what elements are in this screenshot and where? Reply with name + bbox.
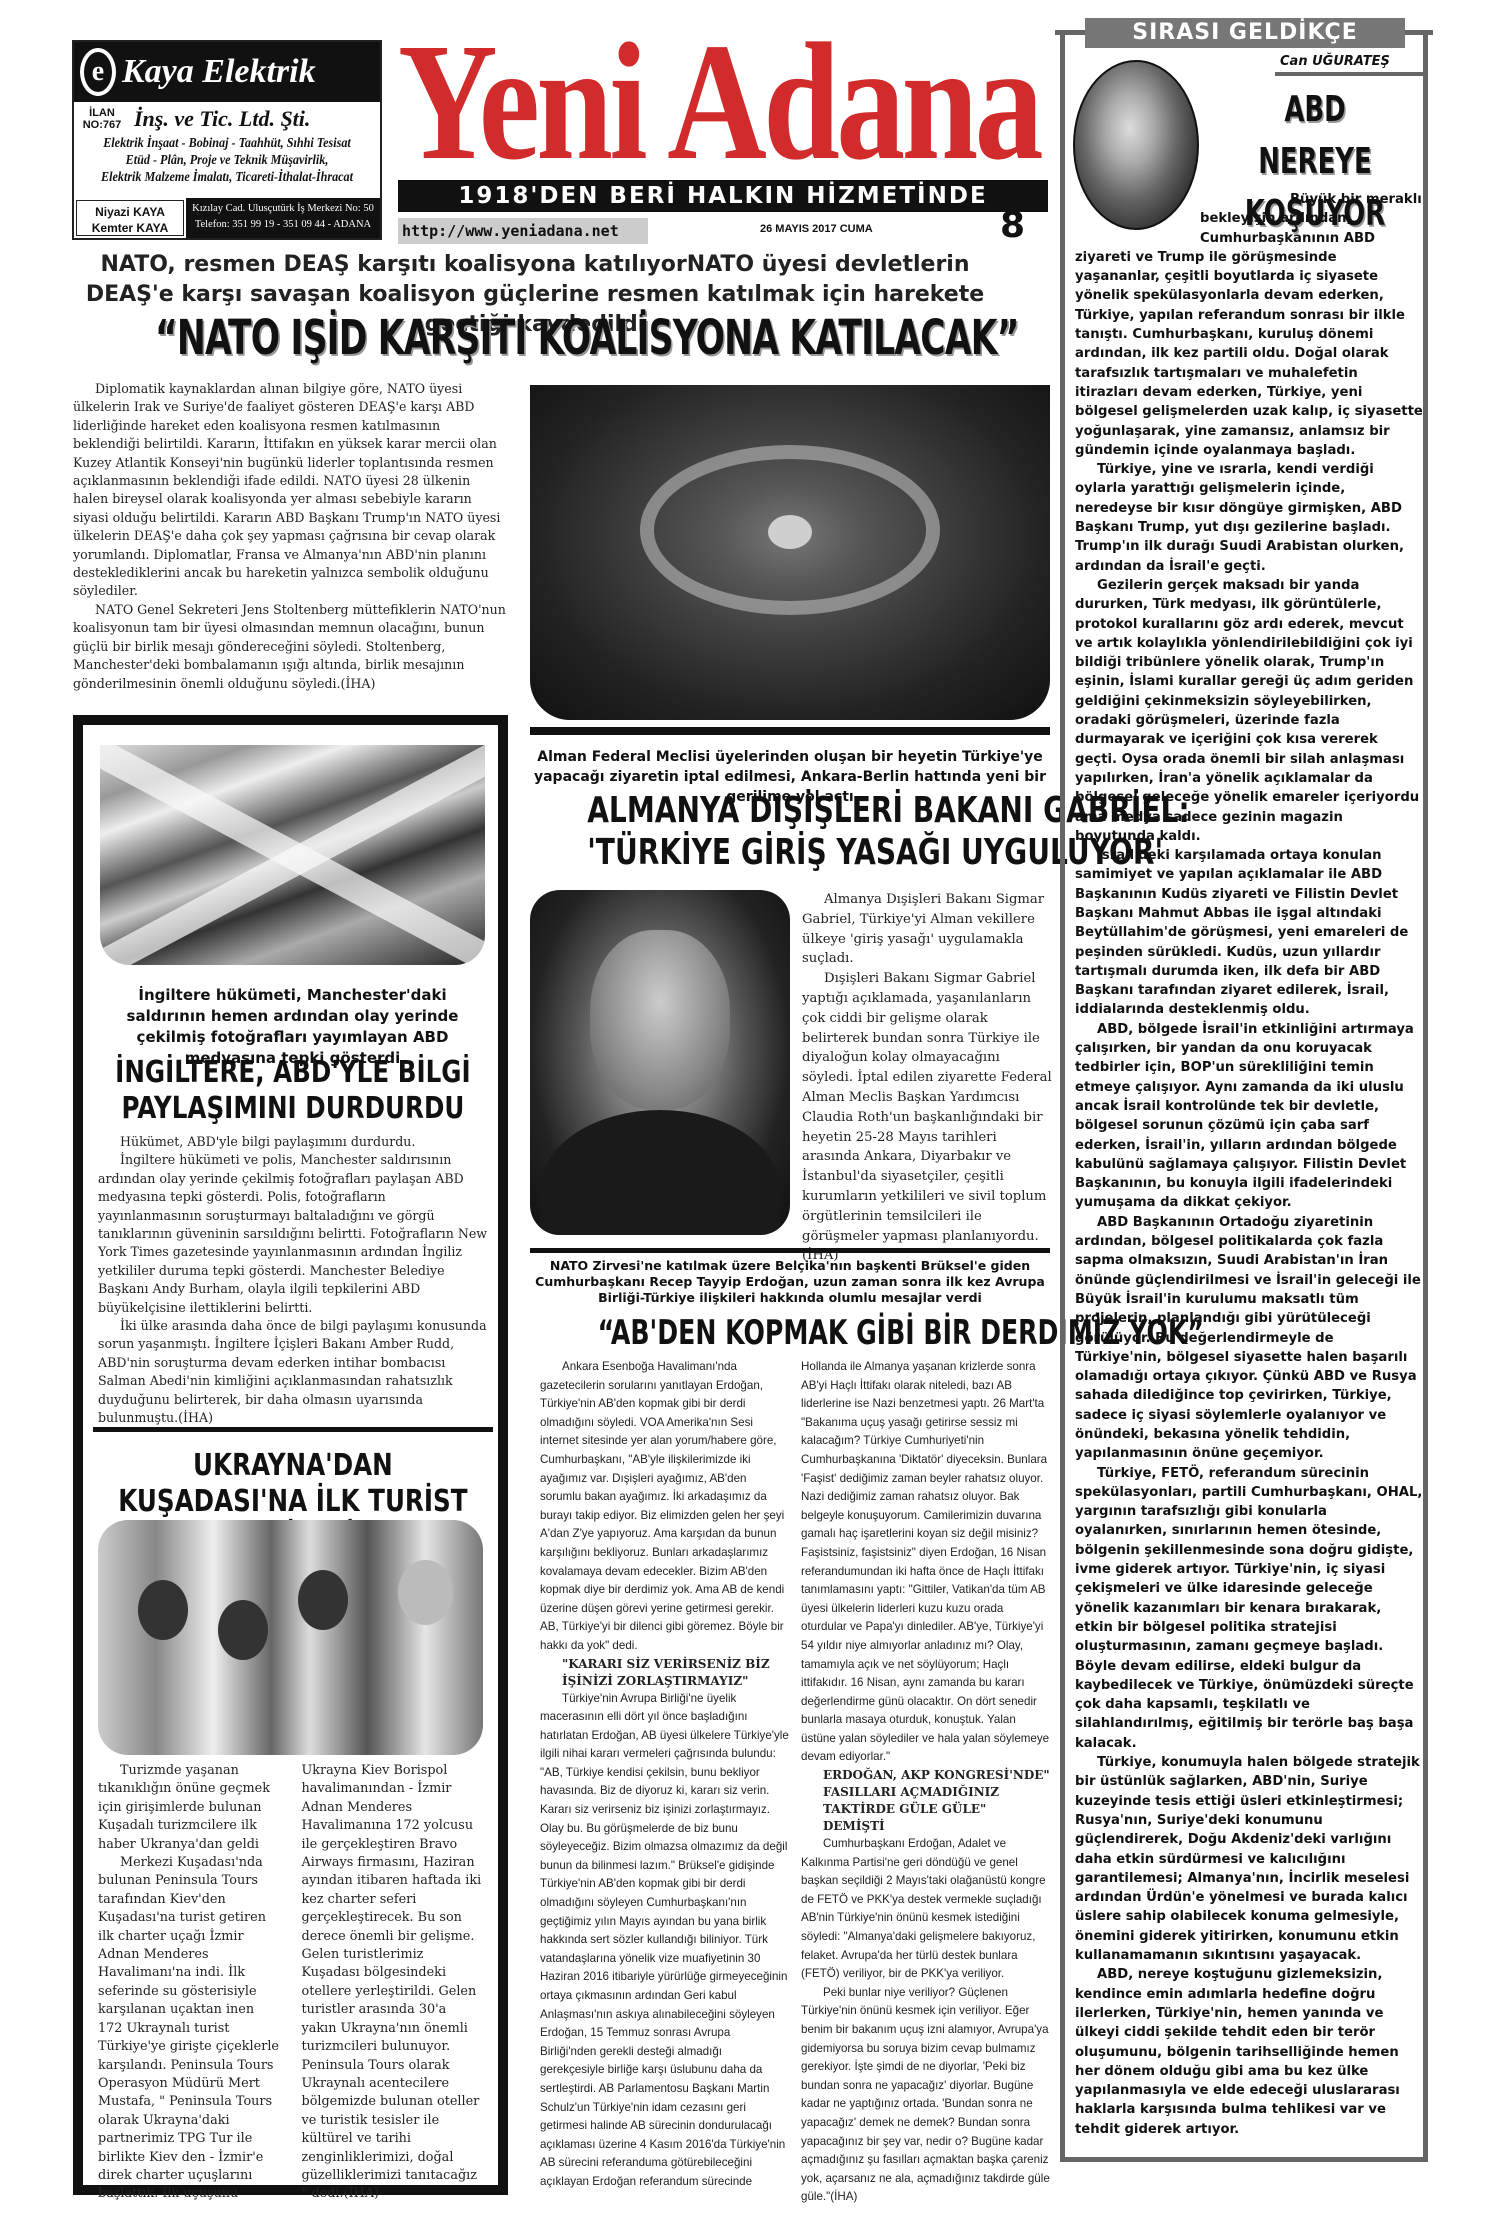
editorial-paragraph: ABD, bölgede İsrail'in etkinliğini artır… — [1075, 1020, 1423, 1213]
person-silhouette — [398, 1560, 453, 1625]
uk-headline: İNGİLTERE, ABD'YLE BİLGİ PAYLAŞIMINI DUR… — [135, 1055, 451, 1127]
germany-headline: ALMANYA DIŞİŞLERİ BAKANI GABRİEL: 'TÜRKİ… — [587, 790, 993, 874]
ad-address-block: Kızılay Cad. Ulusçutürk İş Merkezi No: 5… — [186, 198, 380, 238]
article-paragraph: Turizmde yaşanan tıkanıklığın önüne geçm… — [98, 1762, 280, 1854]
uk-headline-text: İNGİLTERE, ABD'YLE BİLGİ PAYLAŞIMINI DUR… — [100, 1055, 485, 1127]
article-crosshead: ERDOĞAN, AKP KONGRESİ'NDE" FASILLARI AÇM… — [801, 1767, 1050, 1835]
tourists-arrival-photo — [98, 1520, 483, 1755]
editorial-paragraph: ABD, nereye koştuğunu gizlemeksizin, ken… — [1075, 1965, 1423, 2139]
ad-services: Elektrik İnşaat - Bobinaj - Taahhüt, Sıh… — [89, 132, 364, 187]
ad-service-line: Elektrik İnşaat - Bobinaj - Taahhüt, Sıh… — [93, 134, 361, 151]
article-paragraph: Dışişleri Bakanı Sigmar Gabriel yaptığı … — [802, 969, 1052, 1266]
kaya-e-logo-icon: e — [80, 48, 116, 96]
ad-service-line: Etüd - Plân, Proje ve Teknik Müşavirlik, — [93, 151, 361, 168]
section-divider — [530, 727, 1050, 735]
newspaper-logo: Yeni Adana — [398, 18, 978, 186]
website-link[interactable]: http://www.yeniadana.net — [398, 218, 648, 244]
editorial-paragraph: Türkiye, FETÖ, referandum sürecinin spek… — [1075, 1464, 1423, 1753]
article-paragraph: Almanya Dışişleri Bakanı Sigmar Gabriel,… — [802, 890, 1052, 969]
ad-phone: Telefon: 351 99 19 - 351 09 44 - ADANA — [186, 217, 380, 233]
nato-headline: “NATO IŞİD KARŞITI KOALİSYONA KATILACAK” — [155, 308, 915, 368]
column-name-banner: SIRASI GELDİKÇE — [1085, 18, 1405, 48]
kaya-elektrik-ad: e Kaya Elektrik İLAN NO:767 İnş. ve Tic.… — [72, 40, 382, 240]
germany-headline-line: ALMANYA DIŞİŞLERİ BAKANI GABRİEL: — [587, 790, 993, 832]
article-crosshead: "KARARI SİZ VERİRSENİZ BİZ İŞİNİZİ ZORLA… — [540, 1656, 789, 1690]
ad-ilan-label: İLAN — [82, 107, 122, 119]
article-paragraph: NATO Genel Sekreteri Jens Stoltenberg mü… — [73, 601, 508, 693]
ad-service-line: Elektrik Malzeme İmalatı, Ticareti-İthal… — [93, 168, 361, 185]
editorial-paragraph: Türkiye, yine ve ısrarla, kendi verdiği … — [1075, 460, 1423, 576]
ad-ilan-number: NO:767 — [82, 119, 122, 131]
photo-wrap-spacer — [1075, 190, 1200, 230]
author-underline — [1275, 72, 1427, 76]
erdogan-article-body: Ankara Esenboğa Havalimanı'nda gazetecil… — [540, 1358, 1050, 2207]
erdogan-headline: “AB'DEN KOPMAK GİBİ BİR DERDİMİZ YOK” — [598, 1312, 983, 1354]
ad-ilan-badge: İLAN NO:767 — [82, 107, 122, 131]
editorial-paragraph: ABD Başkanının Ortadoğu ziyaretinin ardı… — [1075, 1213, 1423, 1464]
sigmar-gabriel-photo — [530, 890, 790, 1235]
article-paragraph: Ankara Esenboğa Havalimanı'nda gazetecil… — [540, 1358, 789, 1656]
person-silhouette — [138, 1580, 188, 1640]
germany-article-body: Almanya Dışişleri Bakanı Sigmar Gabriel,… — [802, 890, 1052, 1266]
masthead-tagline: 1918'DEN BERİ HALKIN HİZMETİNDE — [398, 180, 1048, 212]
editorial-paragraph: İsrail'deki karşılamada ortaya konulan s… — [1075, 846, 1423, 1020]
article-paragraph: Diplomatik kaynaklardan alınan bilgiye g… — [73, 380, 508, 601]
editorial-paragraph: Türkiye, konumuyla halen bölgede stratej… — [1075, 1753, 1423, 1965]
person-silhouette — [298, 1570, 348, 1630]
portrait-face — [590, 930, 730, 1110]
ad-company-name: Kaya Elektrik — [122, 53, 316, 91]
ad-address: Kızılay Cad. Ulusçutürk İş Merkezi No: 5… — [186, 201, 380, 217]
uk-article-body: Hükümet, ABD'yle bilgi paylaşımını durdu… — [98, 1133, 488, 1428]
ukraine-article-body: Turizmde yaşanan tıkanıklığın önüne geçm… — [98, 1762, 483, 2204]
columnist-name: Can UĞURATEŞ — [1280, 54, 1390, 69]
ad-contacts: Niyazi KAYA Kemter KAYA — [76, 200, 184, 236]
article-paragraph: Hükümet, ABD'yle bilgi paylaşımını durdu… — [98, 1133, 488, 1151]
issue-date: 26 MAYIS 2017 CUMA — [760, 223, 873, 235]
article-paragraph: Cumhurbaşkanı Erdoğan, Adalet ve Kalkınm… — [801, 1835, 1050, 1984]
portrait-suit — [540, 1110, 780, 1235]
germany-headline-line: 'TÜRKİYE GİRİŞ YASAĞI UYGULUYOR' — [587, 832, 993, 874]
article-paragraph: İngiltere hükümeti ve polis, Manchester … — [98, 1151, 488, 1317]
editorial-body: Büyük bir meraklı bekleyişin ardından, C… — [1075, 190, 1423, 2139]
ad-header: e Kaya Elektrik — [74, 42, 380, 102]
section-divider — [530, 1248, 1050, 1253]
ad-contact-name: Niyazi KAYA — [77, 204, 183, 220]
nato-emblem-icon — [768, 515, 812, 549]
page-number: 8 — [1000, 208, 1025, 244]
editorial-paragraph: Gezilerin gerçek maksadı bir yanda durur… — [1075, 576, 1423, 846]
editorial-paragraph: Büyük bir meraklı bekleyişin ardından, C… — [1075, 190, 1423, 460]
erdogan-subheadline: NATO Zirvesi'ne katılmak üzere Belçika'n… — [530, 1258, 1050, 1306]
nato-summit-photo — [530, 385, 1050, 720]
union-jack-flag-photo — [100, 745, 485, 965]
ad-contact-name: Kemter KAYA — [77, 220, 183, 236]
ad-legal-name: İnş. ve Tic. Ltd. Şti. — [134, 106, 310, 132]
person-silhouette — [218, 1600, 268, 1660]
nato-article-body: Diplomatik kaynaklardan alınan bilgiye g… — [73, 380, 508, 693]
article-paragraph: Peki bunlar niye veriliyor? Güçlenen Tür… — [801, 1984, 1050, 2207]
